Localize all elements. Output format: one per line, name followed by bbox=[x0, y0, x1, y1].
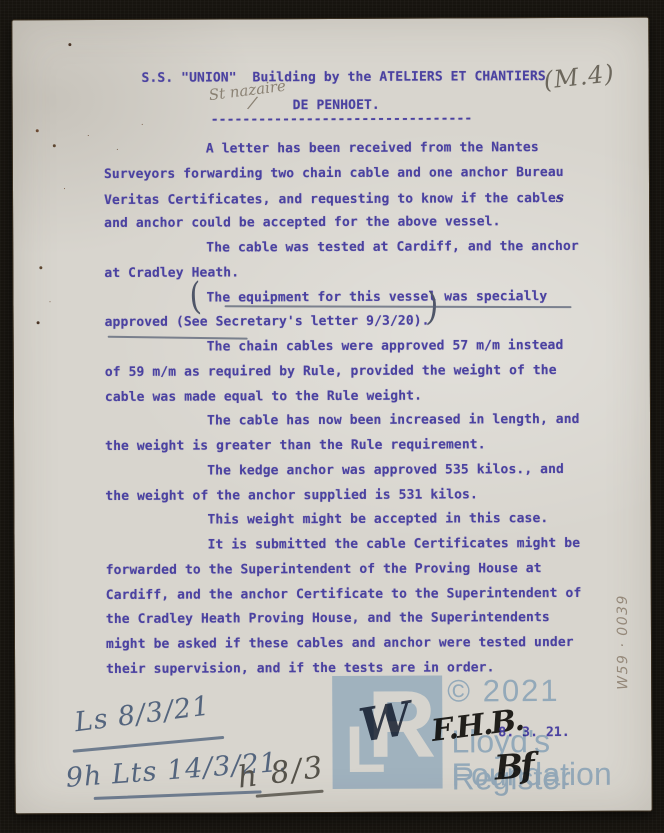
archive-reference-number: W59 · 0039 bbox=[615, 560, 632, 690]
typed-line: The cable was tested at Cardiff, and the… bbox=[13, 235, 649, 263]
title-underline-dashes: --------------------------------- bbox=[211, 111, 473, 127]
typed-line: Veritas Certificates, and requesting to … bbox=[13, 185, 649, 213]
hand-underline-note-1 bbox=[73, 736, 225, 753]
doc-title-line1: S.S. "UNION" Building by the ATELIERS ET… bbox=[141, 69, 545, 86]
ink-monogram-w: W bbox=[355, 691, 415, 753]
typed-line: Cardiff, and the anchor Certificate to t… bbox=[15, 581, 651, 609]
typed-line-text: approved (See Secretary's letter 9/3/20)… bbox=[105, 314, 430, 330]
typed-line-text: It is submitted the cable Certificates m… bbox=[208, 536, 581, 553]
typed-line-text: their supervision, and if the tests are … bbox=[106, 660, 494, 677]
typed-line-text: Surveyors forwarding two chain cable and… bbox=[104, 165, 564, 182]
typed-line-text: and anchor could be accepted for the abo… bbox=[104, 215, 500, 232]
catalog-mark: (M.4) bbox=[542, 59, 616, 95]
typed-line-text: The chain cables were approved 57 m/m in… bbox=[207, 338, 564, 355]
typed-line-text: the weight of the anchor supplied is 531… bbox=[105, 487, 478, 504]
typed-line: The kedge anchor was approved 535 kilos.… bbox=[14, 457, 650, 485]
typed-line-text: the weight is greater than the Rule requ… bbox=[105, 437, 486, 454]
archive-photo: S.S. "UNION" Building by the ATELIERS ET… bbox=[0, 0, 664, 833]
typed-line: of 59 m/m as required by Rule, provided … bbox=[14, 358, 650, 386]
typed-line-text: the Cradley Heath Proving House, and the… bbox=[106, 610, 550, 627]
typed-line: This weight might be accepted in this ca… bbox=[14, 507, 650, 535]
typed-line: the weight is greater than the Rule requ… bbox=[14, 433, 650, 461]
typed-line: Surveyors forwarding two chain cable and… bbox=[13, 160, 649, 188]
typed-line-text: Cardiff, and the anchor Certificate to t… bbox=[106, 585, 582, 602]
paper-foxing-specks bbox=[12, 20, 15, 23]
hand-underline-note-2 bbox=[94, 790, 262, 800]
typed-line-text: The equipment for this vessel was specia… bbox=[206, 289, 547, 305]
ink-monogram-b: Bf bbox=[493, 746, 533, 789]
typed-line: the weight of the anchor supplied is 531… bbox=[14, 482, 650, 510]
typed-line-text: forwarded to the Superintendent of the P… bbox=[106, 561, 542, 578]
typed-line-text: The cable has now been increased in leng… bbox=[207, 412, 580, 429]
typed-line: cable was made equal to the Rule weight. bbox=[14, 383, 650, 411]
typed-date-stamp: 8. 3. 21. bbox=[498, 725, 569, 740]
typed-line-text: A letter has been received from the Nant… bbox=[206, 140, 539, 156]
typed-line: A letter has been received from the Nant… bbox=[13, 136, 649, 164]
handwritten-suffix-s: s bbox=[556, 189, 564, 205]
typed-line: their supervision, and if the tests are … bbox=[15, 655, 651, 683]
typed-line: It is submitted the cable Certificates m… bbox=[15, 532, 651, 560]
document-page: S.S. "UNION" Building by the ATELIERS ET… bbox=[12, 18, 651, 814]
typed-line-text: Veritas Certificates, and requesting to … bbox=[104, 191, 556, 208]
typed-line: The cable has now been increased in leng… bbox=[14, 408, 650, 436]
typed-line: at Cradley Heath. bbox=[13, 259, 649, 287]
typed-line-text: cable was made equal to the Rule weight. bbox=[105, 388, 422, 404]
typed-line-text: The cable was tested at Cardiff, and the… bbox=[206, 239, 579, 256]
typed-line-text: The kedge anchor was approved 535 kilos.… bbox=[207, 462, 564, 479]
typed-line-text: might be asked if these cables and ancho… bbox=[106, 635, 574, 652]
typed-line: might be asked if these cables and ancho… bbox=[15, 631, 651, 659]
typed-line: the Cradley Heath Proving House, and the… bbox=[15, 606, 651, 634]
typed-body: A letter has been received from the Nant… bbox=[13, 136, 651, 683]
typed-line-text: at Cradley Heath. bbox=[104, 265, 239, 281]
handwritten-note-date-1: Ls 8/3/21 bbox=[73, 690, 212, 738]
typed-line: approved (See Secretary's letter 9/3/20)… bbox=[14, 309, 650, 337]
typed-line-text: of 59 m/m as required by Rule, provided … bbox=[105, 363, 557, 380]
typed-line: forwarded to the Superintendent of the P… bbox=[15, 556, 651, 584]
typed-line-text: This weight might be accepted in this ca… bbox=[207, 511, 548, 527]
typed-line: and anchor could be accepted for the abo… bbox=[13, 210, 649, 238]
